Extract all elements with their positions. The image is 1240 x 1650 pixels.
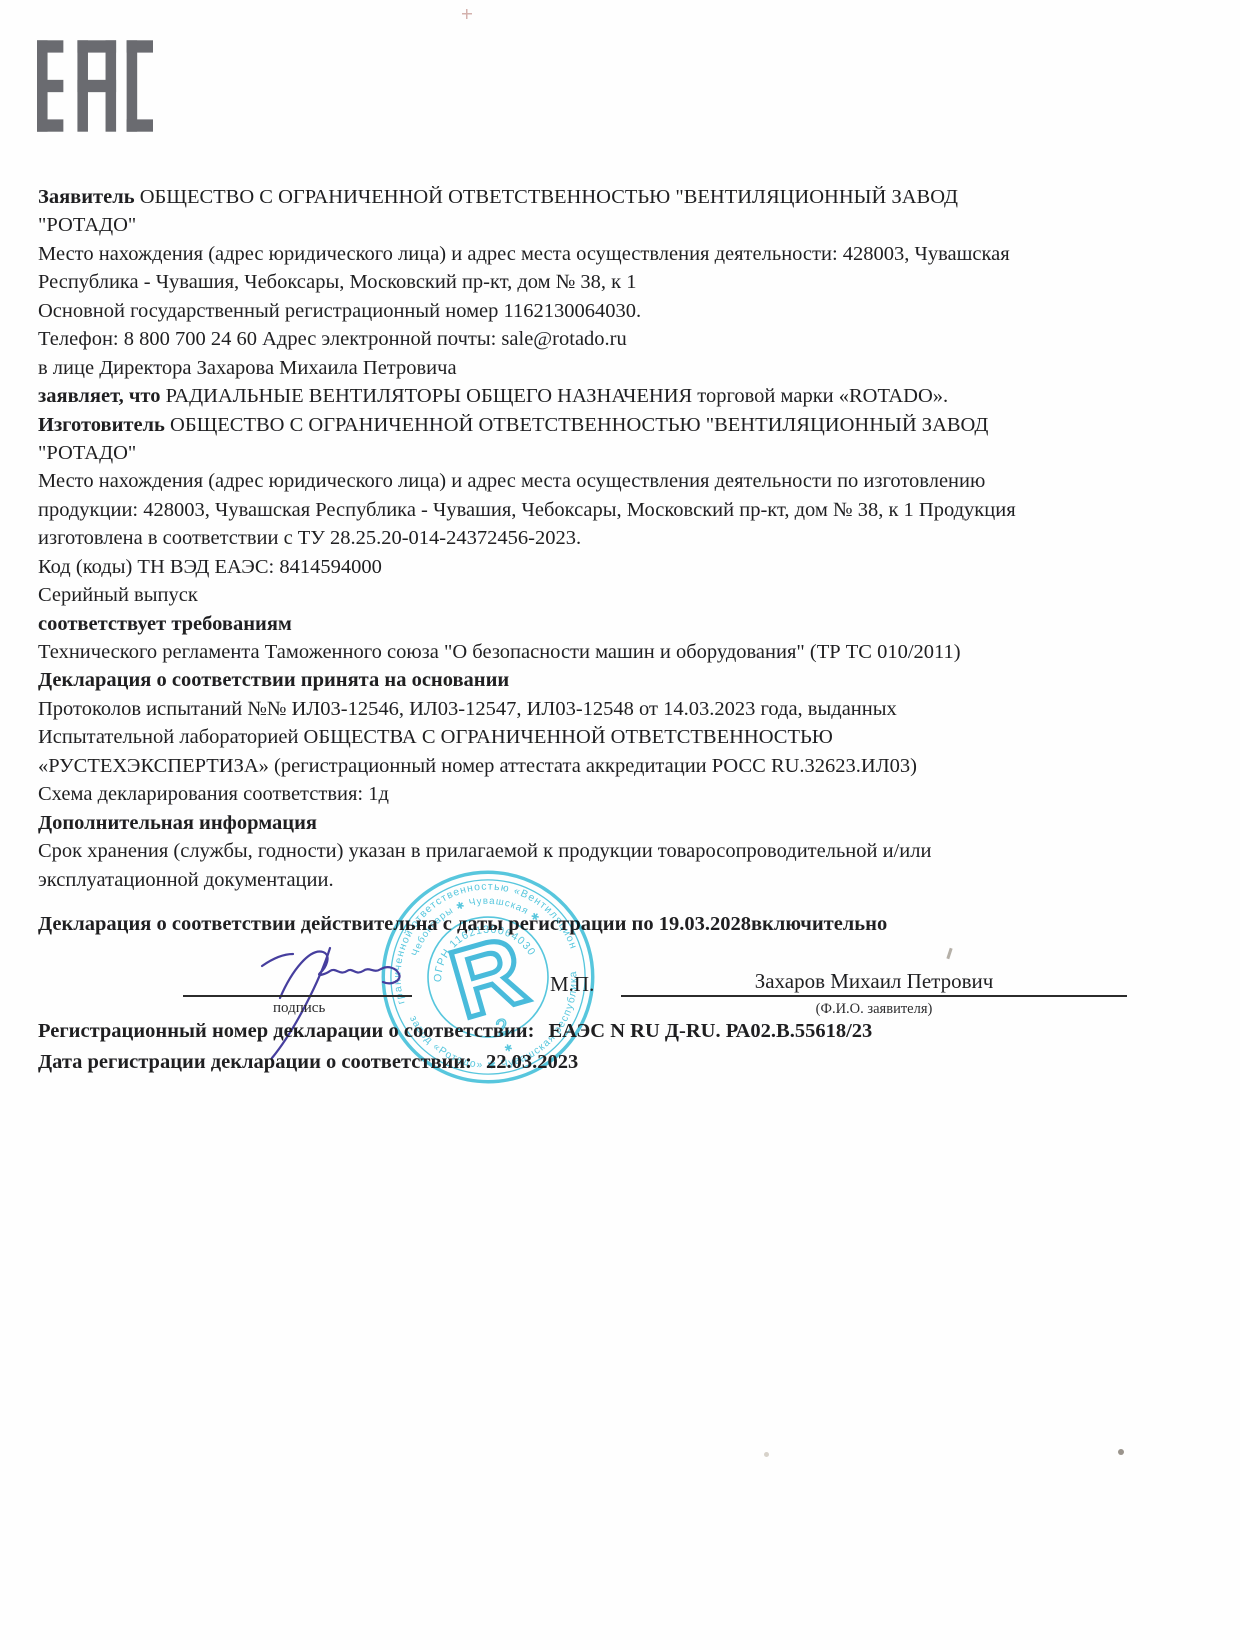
document-line: Дополнительная информация [38, 809, 1233, 837]
document-line: Место нахождения (адрес юридического лиц… [38, 467, 1233, 495]
document-line: изготовлена в соответствии с ТУ 28.25.20… [38, 524, 1233, 552]
registration-date-label: Дата регистрации декларации о соответств… [38, 1051, 472, 1073]
signature-ink [180, 870, 480, 1080]
document-line: Протоколов испытаний №№ ИЛ03-12546, ИЛ03… [38, 695, 1233, 723]
registration-number-label: Регистрационный номер декларации о соотв… [38, 1020, 534, 1042]
document-line: Испытательной лабораторией ОБЩЕСТВА С ОГ… [38, 723, 1233, 751]
text-run: «РУСТЕХЭКСПЕРТИЗА» (регистрационный номе… [38, 755, 917, 777]
text-run: "РОТАДО" [38, 214, 136, 236]
text-run: изготовлена в соответствии с ТУ 28.25.20… [38, 527, 581, 549]
text-run: Место нахождения (адрес юридического лиц… [38, 243, 1010, 265]
text-run: РАДИАЛЬНЫЕ ВЕНТИЛЯТОРЫ ОБЩЕГО НАЗНАЧЕНИЯ… [166, 385, 949, 407]
document-line: Срок хранения (службы, годности) указан … [38, 837, 1233, 865]
document-line: "РОТАДО" [38, 439, 1233, 467]
text-run: ОБЩЕСТВО С ОГРАНИЧЕННОЙ ОТВЕТСТВЕННОСТЬЮ… [140, 186, 958, 208]
scan-artifact-dot [1118, 1449, 1124, 1455]
signature-main-stroke [280, 952, 400, 998]
text-run: Место нахождения (адрес юридического лиц… [38, 470, 985, 492]
text-run: Испытательной лабораторией ОБЩЕСТВА С ОГ… [38, 726, 833, 748]
registration-number-line: Регистрационный номер декларации о соотв… [38, 1020, 872, 1043]
document-line: соответствует требованиям [38, 610, 1233, 638]
document-line: Основной государственный регистрационный… [38, 297, 1233, 325]
scan-artifact-plus [462, 9, 472, 19]
document-body: Заявитель ОБЩЕСТВО С ОГРАНИЧЕННОЙ ОТВЕТС… [38, 183, 1233, 894]
text-run: Заявитель [38, 186, 140, 208]
text-run: Схема декларирования соответствия: 1д [38, 783, 389, 805]
text-run: Код (коды) ТН ВЭД ЕАЭС: 8414594000 [38, 556, 382, 578]
document-line: Республика - Чувашия, Чебоксары, Московс… [38, 268, 1233, 296]
document-line: Декларация о соответствии принята на осн… [38, 666, 1233, 694]
document-line: продукции: 428003, Чувашская Республика … [38, 496, 1233, 524]
text-run: Декларация о соответствии принята на осн… [38, 669, 509, 691]
document-line: Код (коды) ТН ВЭД ЕАЭС: 8414594000 [38, 553, 1233, 581]
document-line: Технического регламента Таможенного союз… [38, 638, 1233, 666]
text-run: Основной государственный регистрационный… [38, 300, 641, 322]
signature-caption: подпись [273, 1000, 325, 1017]
signature-rule [183, 995, 412, 997]
text-run: соответствует требованиям [38, 613, 292, 635]
text-run: Протоколов испытаний №№ ИЛ03-12546, ИЛ03… [38, 698, 897, 720]
stamp-place-abbr: М.П. [550, 972, 594, 997]
text-run: в лице Директора Захарова Михаила Петров… [38, 357, 457, 379]
document-line: Изготовитель ОБЩЕСТВО С ОГРАНИЧЕННОЙ ОТВ… [38, 411, 1233, 439]
text-run: продукции: 428003, Чувашская Республика … [38, 499, 1016, 521]
document-line: Серийный выпуск [38, 581, 1233, 609]
fio-caption: (Ф.И.О. заявителя) [621, 1001, 1127, 1018]
document-line: Телефон: 8 800 700 24 60 Адрес электронн… [38, 325, 1233, 353]
text-run: Серийный выпуск [38, 584, 198, 606]
fio-rule [621, 995, 1127, 997]
document-line: заявляет, что РАДИАЛЬНЫЕ ВЕНТИЛЯТОРЫ ОБЩ… [38, 382, 1233, 410]
registration-date-line: Дата регистрации декларации о соответств… [38, 1051, 578, 1074]
text-run: Технического регламента Таможенного союз… [38, 641, 961, 663]
registration-number-value: ЕАЭС N RU Д-RU. РА02.В.55618/23 [548, 1020, 872, 1042]
document-line: Место нахождения (адрес юридического лиц… [38, 240, 1233, 268]
scan-artifact-tick [946, 948, 952, 959]
text-run: заявляет, что [38, 385, 166, 407]
document-line: "РОТАДО" [38, 211, 1233, 239]
eac-logo [37, 36, 153, 136]
scan-artifact-dot [764, 1452, 769, 1457]
text-run: "РОТАДО" [38, 442, 136, 464]
text-run: Дополнительная информация [38, 812, 317, 834]
document-line: Схема декларирования соответствия: 1д [38, 780, 1233, 808]
signature-tick-stroke [262, 954, 293, 966]
text-run: Телефон: 8 800 700 24 60 Адрес электронн… [38, 328, 627, 350]
document-line: «РУСТЕХЭКСПЕРТИЗА» (регистрационный номе… [38, 752, 1233, 780]
registration-date-value: 22.03.2023 [486, 1051, 578, 1073]
document-line: в лице Директора Захарова Михаила Петров… [38, 354, 1233, 382]
text-run: ОБЩЕСТВО С ОГРАНИЧЕННОЙ ОТВЕТСТВЕННОСТЬЮ… [170, 414, 988, 436]
eac-letters [37, 40, 153, 131]
text-run: Республика - Чувашия, Чебоксары, Московс… [38, 271, 637, 293]
text-run: Изготовитель [38, 414, 170, 436]
fio-value: Захаров Михаил Петрович [621, 969, 1127, 994]
document-page: Заявитель ОБЩЕСТВО С ОГРАНИЧЕННОЙ ОТВЕТС… [0, 0, 1240, 1650]
document-line: Заявитель ОБЩЕСТВО С ОГРАНИЧЕННОЙ ОТВЕТС… [38, 183, 1233, 211]
